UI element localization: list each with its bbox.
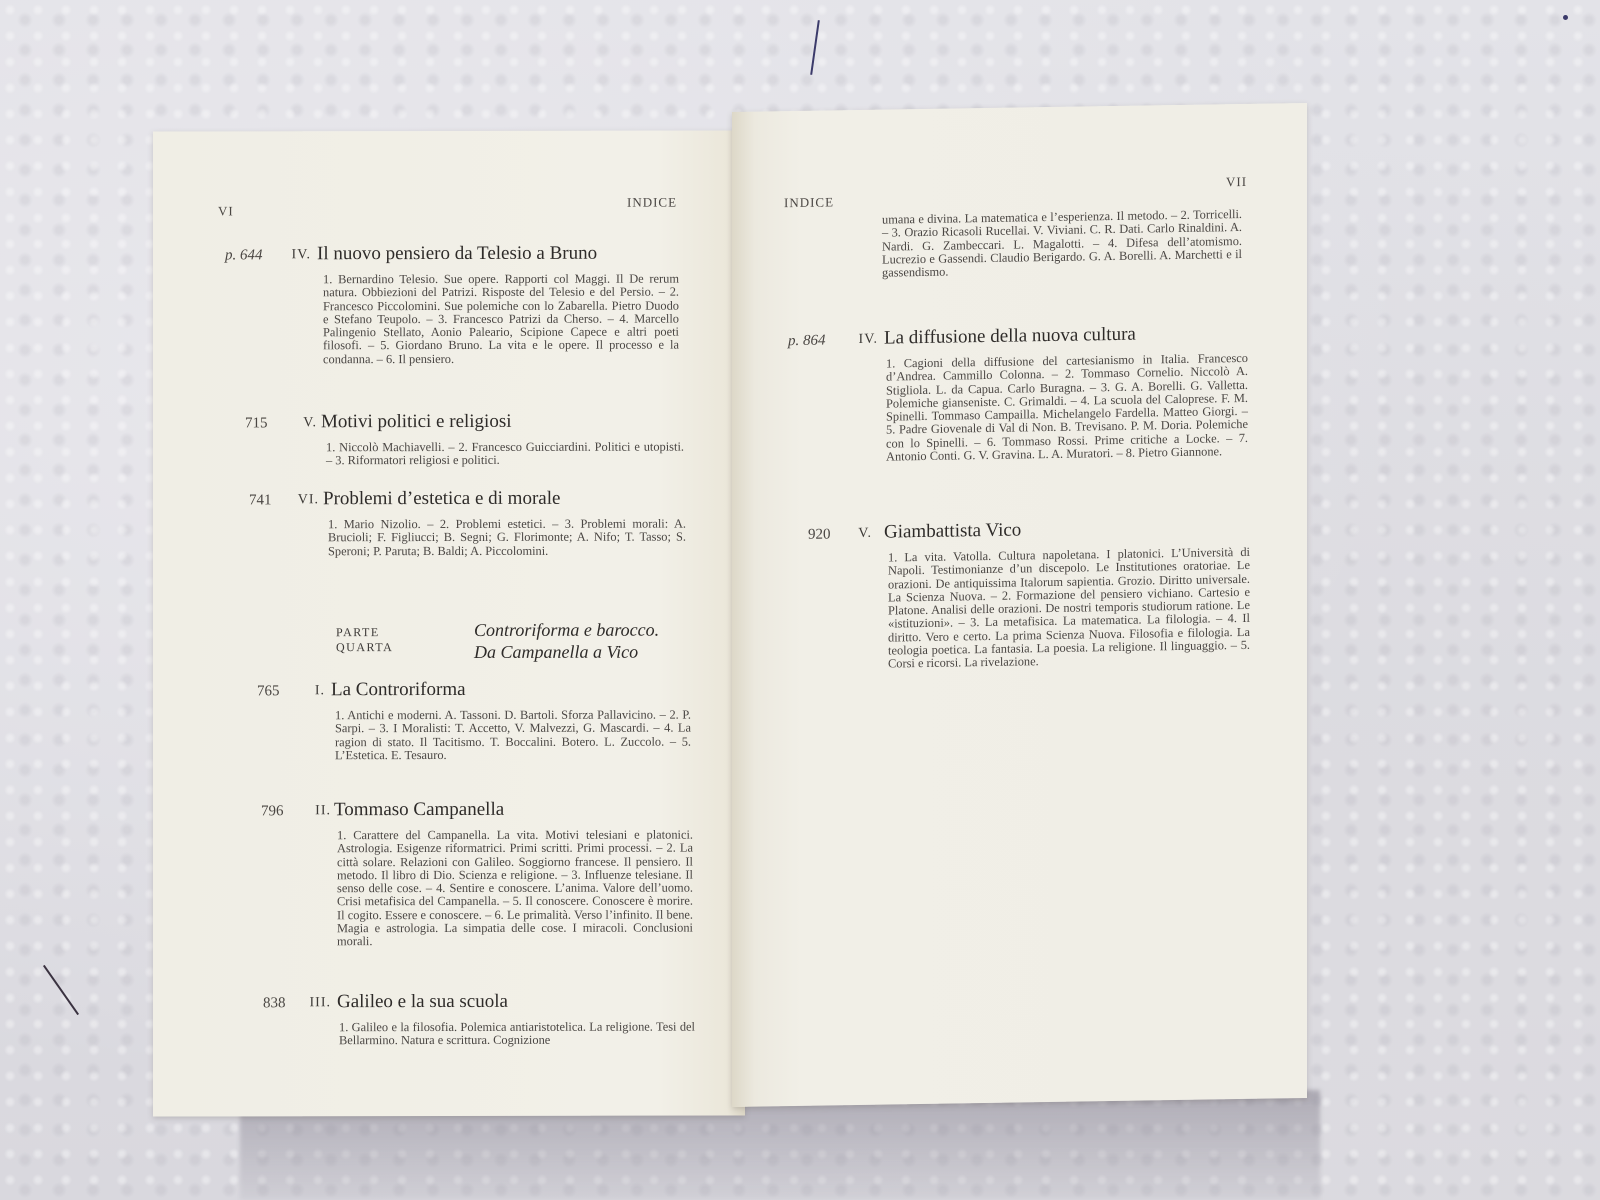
chapter-summary: 1. Mario Nizolio. – 2. Problemi estetici… (328, 518, 686, 559)
folio-left: VI (218, 203, 234, 219)
chapter-numeral: III. (301, 995, 331, 1011)
chapter-summary: 1. Carattere del Campanella. La vita. Mo… (337, 829, 693, 949)
chapter-summary: 1. Cagioni della diffusione del cartesia… (886, 352, 1248, 464)
chapter-summary: 1. Galileo e la filosofia. Polemica anti… (339, 1021, 695, 1048)
toc-entry: p. 864 IV. La diffusione della nuova cul… (788, 321, 1308, 329)
chapter-numeral: V. (850, 526, 872, 542)
chapter-summary: 1. Antichi e moderni. A. Tassoni. D. Bar… (335, 709, 691, 763)
page-number: p. 644 (225, 247, 263, 264)
toc-entry: 765 I. La Controriforma 1. Antichi e mod… (257, 678, 757, 679)
toc-entry: 920 V. Giambattista Vico 1. La vita. Vat… (808, 515, 1308, 523)
chapter-title: La Controriforma (331, 679, 466, 701)
chapter-title: Giambattista Vico (884, 519, 1021, 543)
chapter-title: Problemi d’estetica e di morale (323, 488, 560, 510)
page-number: 796 (261, 803, 284, 820)
chapter-title: La diffusione della nuova cultura (884, 324, 1136, 350)
chapter-title: Tommaso Campanella (334, 799, 504, 821)
part-label: PARTE QUARTA (336, 625, 393, 655)
toc-entry: 741 VI. Problemi d’estetica e di morale … (249, 487, 749, 488)
chapter-summary: 1. La vita. Vatolla. Cultura napoletana.… (888, 546, 1250, 671)
chapter-numeral: I. (305, 683, 325, 699)
chapter-summary: 1. Niccolò Machiavelli. – 2. Francesco G… (326, 441, 684, 468)
chapter-title: Il nuovo pensiero da Telesio a Bruno (317, 243, 597, 265)
chapter-numeral: IV. (850, 332, 878, 348)
chapter-title: Motivi politici e religiosi (321, 411, 512, 433)
right-page: INDICE VII umana e divina. La matematica… (732, 103, 1307, 1107)
page-number: 741 (249, 492, 272, 509)
page-number: 838 (263, 995, 286, 1012)
ink-mark (1563, 15, 1568, 20)
running-head-right: INDICE (784, 194, 834, 211)
page-number: 715 (245, 415, 268, 432)
chapter-summary-continued: umana e divina. La matematica e l’esperi… (882, 208, 1242, 280)
chapter-title: Galileo e la sua scuola (337, 991, 508, 1013)
toc-entry: 796 II. Tommaso Campanella 1. Carattere … (261, 798, 761, 799)
left-page: VI INDICE p. 644 IV. Il nuovo pensiero d… (153, 130, 745, 1116)
page-number: 920 (808, 526, 831, 543)
chapter-numeral: V. (295, 415, 317, 431)
page-number: p. 864 (788, 333, 826, 351)
page-number: 765 (257, 683, 280, 700)
chapter-summary: 1. Bernardino Telesio. Sue opere. Rappor… (323, 273, 679, 367)
chapter-numeral: IV. (281, 247, 311, 263)
part-title-line1: Controriforma e barocco. (474, 619, 659, 641)
part-title-line2: Da Campanella a Vico (474, 641, 638, 663)
folio-right: VII (1226, 174, 1247, 190)
toc-entry: 838 III. Galileo e la sua scuola 1. Gali… (263, 990, 763, 991)
chapter-numeral: II. (305, 803, 331, 819)
toc-entry: 715 V. Motivi politici e religiosi 1. Ni… (245, 410, 745, 411)
chapter-numeral: VI. (293, 492, 319, 508)
running-head-left: INDICE (627, 195, 677, 211)
toc-continuation: umana e divina. La matematica e l’esperi… (732, 177, 1292, 186)
toc-entry: p. 644 IV. Il nuovo pensiero da Telesio … (225, 242, 745, 243)
